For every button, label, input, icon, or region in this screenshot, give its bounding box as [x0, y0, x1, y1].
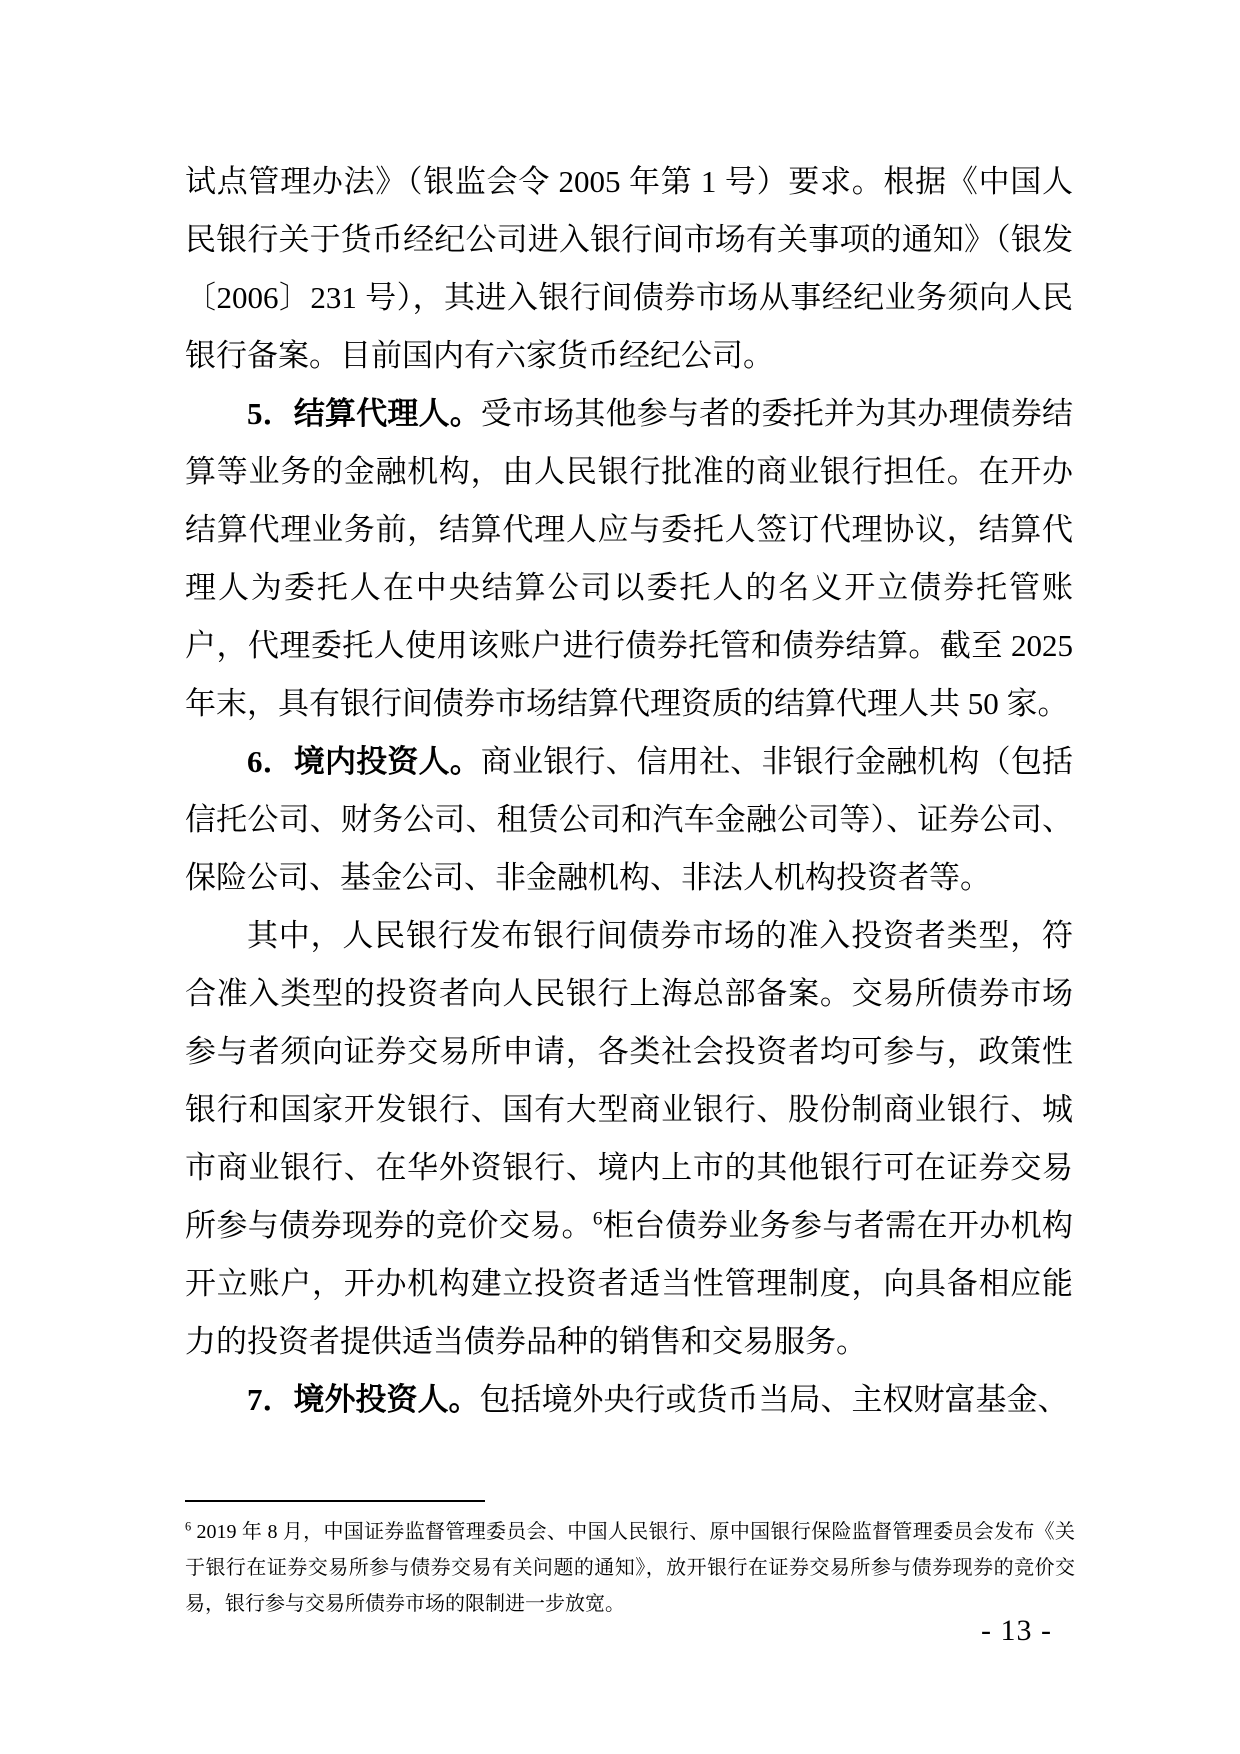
- text-run: 5．结算代理人。: [247, 396, 481, 431]
- document-page: 试点管理办法》（银监会令 2005 年第 1 号）要求。根据《中国人民银行关于货…: [0, 0, 1240, 1754]
- page-number: - 13 -: [981, 1612, 1052, 1650]
- text-run: 包括境外央行或货币当局、主权财富基金、: [480, 1382, 1069, 1417]
- footnote-divider: [185, 1500, 485, 1502]
- text-run: 7．境外投资人。: [247, 1382, 480, 1417]
- text-run: 试点管理办法》（银监会令 2005 年第 1 号）要求。根据《中国人民银行关于货…: [185, 164, 1073, 373]
- text-run: 6．境内投资人。: [247, 744, 481, 779]
- text-run: 其中，人民银行发布银行间债券市场的准入投资者类型，符合准入类型的投资者向人民银行…: [185, 918, 1073, 1243]
- footnote-section: 6 2019 年 8 月，中国证券监督管理委员会、中国人民银行、原中国银行保险监…: [185, 1500, 1075, 1622]
- paragraph: 试点管理办法》（银监会令 2005 年第 1 号）要求。根据《中国人民银行关于货…: [185, 153, 1073, 385]
- paragraph: 5．结算代理人。受市场其他参与者的委托并为其办理债券结算等业务的金融机构，由人民…: [185, 385, 1073, 733]
- paragraph: 7．境外投资人。包括境外央行或货币当局、主权财富基金、: [185, 1371, 1073, 1429]
- body-paragraphs: 试点管理办法》（银监会令 2005 年第 1 号）要求。根据《中国人民银行关于货…: [185, 153, 1073, 1429]
- text-run: 受市场其他参与者的委托并为其办理债券结算等业务的金融机构，由人民银行批准的商业银…: [185, 396, 1073, 721]
- paragraph: 6．境内投资人。商业银行、信用社、非银行金融机构（包括信托公司、财务公司、租赁公…: [185, 733, 1073, 907]
- paragraph: 其中，人民银行发布银行间债券市场的准入投资者类型，符合准入类型的投资者向人民银行…: [185, 907, 1073, 1371]
- superscript-ref: 6: [593, 1209, 603, 1230]
- text-run: 2019 年 8 月，中国证券监督管理委员会、中国人民银行、原中国银行保险监督管…: [185, 1521, 1075, 1615]
- footnote-paragraph: 6 2019 年 8 月，中国证券监督管理委员会、中国人民银行、原中国银行保险监…: [185, 1514, 1075, 1622]
